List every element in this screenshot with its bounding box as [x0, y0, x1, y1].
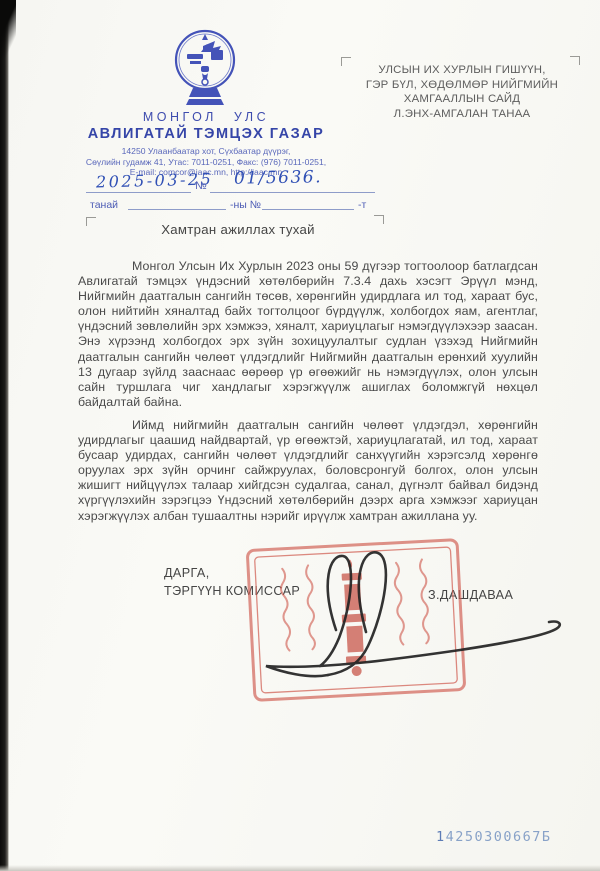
scan-edge-corner — [0, 0, 16, 60]
scanned-letter-page: МОНГОЛ УЛС АВЛИГАТАЙ ТЭМЦЭХ ГАЗАР 14250 … — [0, 0, 600, 871]
letter-body: Монгол Улсын Их Хурлын 2023 оны 59 дүгээ… — [78, 259, 538, 532]
ny-number-label: -ны № — [230, 199, 261, 211]
address-line-2: Сөүлийн гудамж 41, Утас: 7011-0251, Факс… — [46, 157, 366, 168]
body-paragraph-1: Монгол Улсын Их Хурлын 2023 оны 59 дүгээ… — [78, 259, 538, 410]
your-label: танай — [90, 199, 118, 211]
addressee-line: ГЭР БҮЛ, ХӨДӨЛМӨР НИЙГМИЙН — [344, 78, 580, 93]
t-label: -т — [358, 199, 366, 211]
handwritten-doc-number: 01/5636. — [234, 167, 322, 189]
blank-underline — [262, 209, 354, 210]
addressee-line: УЛСЫН ИХ ХУРЛЫН ГИШҮҮН, — [344, 63, 580, 78]
body-paragraph-2: Иймд нийгмийн даатгалын сангийн чөлөөт ү… — [78, 418, 538, 524]
number-sign: № — [195, 180, 207, 192]
iaac-emblem-icon — [167, 26, 245, 108]
address-line-1: 14250 Улаанбаатар хот, Сүхбаатар дүүрэг, — [46, 146, 366, 157]
addressee-line: Л.ЭНХ-АМГАЛАН ТАНАА — [344, 107, 580, 122]
addressee-line: ХАМГААЛЛЫН САЙД — [344, 92, 580, 107]
scan-edge-bottom — [0, 865, 600, 871]
org-name: АВЛИГАТАЙ ТЭМЦЭХ ГАЗАР — [46, 126, 366, 142]
registration-number: 14250300667Б — [436, 829, 552, 845]
date-underline — [86, 192, 191, 193]
addressee-block: УЛСЫН ИХ ХУРЛЫН ГИШҮҮН, ГЭР БҮЛ, ХӨДӨЛМӨ… — [344, 63, 580, 121]
signature-icon — [248, 548, 578, 683]
reference-line: 2025-03-25 № 01/5636. — [86, 170, 386, 198]
country-name: МОНГОЛ УЛС — [46, 110, 366, 124]
subject-line: Хамтран ажиллах тухай — [88, 222, 388, 237]
number-underline — [210, 192, 375, 193]
blank-underline — [128, 209, 226, 210]
scan-edge-left — [0, 0, 9, 871]
your-reference-line: танай -ны № -т — [90, 197, 390, 213]
